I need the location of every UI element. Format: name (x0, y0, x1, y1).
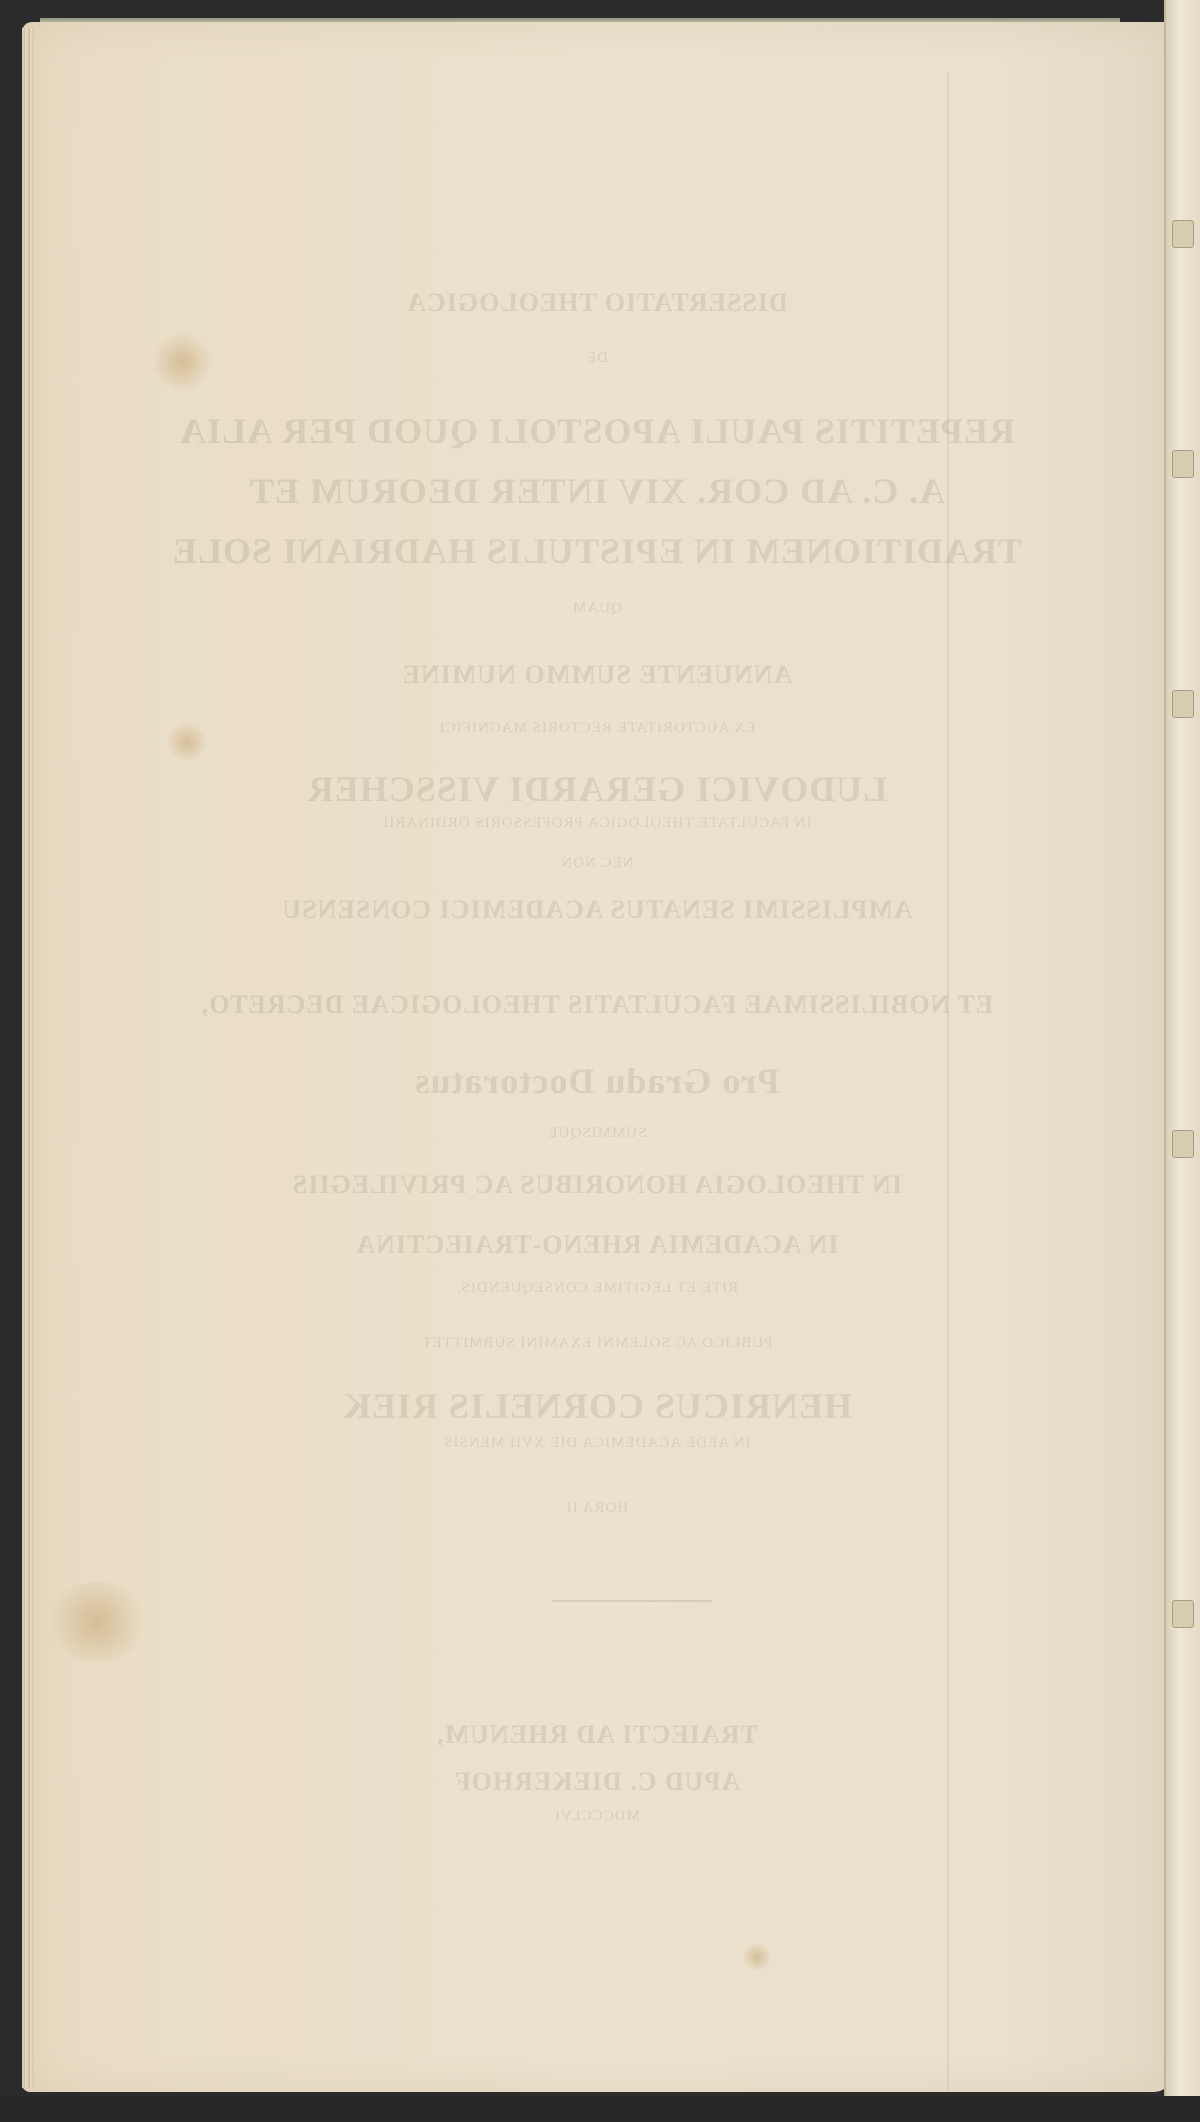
bleed-line: Pro Gradu Doctoratus (22, 1060, 1172, 1102)
foxing-stain (742, 1942, 772, 1972)
torn-tab (1172, 690, 1194, 718)
torn-tab (1172, 450, 1194, 478)
bleed-line: NEC NON (22, 855, 1172, 872)
bleed-line: REPETITIS PAULI APOSTOLI QUOD PER ALIA (22, 410, 1172, 452)
bleed-line: HORA II (22, 1500, 1172, 1517)
bleed-line: ANNUENTE SUMMO NUMINE (22, 660, 1172, 690)
bleed-line: AMPLISSIMI SENATUS ACADEMICI CONSENSU (22, 895, 1172, 925)
scan-background (0, 2096, 1200, 2122)
torn-tab (1172, 220, 1194, 248)
bleed-line: LUDOVICI GERARDI VISSCHER (22, 768, 1172, 810)
torn-tab (1172, 1600, 1194, 1628)
torn-tab (1172, 1130, 1194, 1158)
bleed-line: EX AUCTORITATE RECTORIS MAGNIFICI (22, 720, 1172, 737)
bleed-rule (552, 1600, 712, 1602)
bleed-line: IN THEOLOGIA HONORIBUS AC PRIVILEGIIS (22, 1170, 1172, 1200)
bleed-line: APUD C. DIEKERHOF (22, 1767, 1172, 1797)
bleed-line: QUAM (22, 600, 1172, 617)
bleed-line: MDCCCLVI (22, 1808, 1172, 1825)
bleed-line: IN AEDE ACADEMICA DIE XVII MENSIS (22, 1435, 1172, 1452)
page-left-edge (22, 28, 34, 2088)
bleed-line: TRAIECTI AD RHENUM, (22, 1720, 1172, 1750)
bleed-line: A. C. AD COR. XIV INTER DEORUM ET (22, 470, 1172, 512)
book-page: DISSERTATIO THEOLOGICADEREPETITIS PAULI … (22, 22, 1172, 2092)
bleed-line: PUBLICO AC SOLEMNI EXAMINI SUBMITTET (22, 1335, 1172, 1352)
bleed-line: IN ACADEMIA RHENO-TRAIECTINA (22, 1230, 1172, 1260)
foxing-stain (42, 1582, 152, 1662)
bleed-line: DISSERTATIO THEOLOGICA (22, 288, 1172, 318)
bleed-line: TRADITIONEM IN EPISTULIS HADRIANI SOLE (22, 530, 1172, 572)
bleed-line: DE (22, 350, 1172, 367)
bleed-line: SUMMISQUE (22, 1125, 1172, 1142)
bleed-line: ET NOBILISSIMAE FACULTATIS THEOLOGICAE D… (22, 990, 1172, 1020)
bleed-line: IN FACULTATE THEOLOGICA PROFESSORIS ORDI… (22, 815, 1172, 832)
bleed-line: HENRICUS CORNELIS RIEK (22, 1385, 1172, 1427)
bleed-line: RITE ET LEGITIME CONSEQUENDIS, (22, 1280, 1172, 1297)
fore-edge (1164, 0, 1200, 2122)
